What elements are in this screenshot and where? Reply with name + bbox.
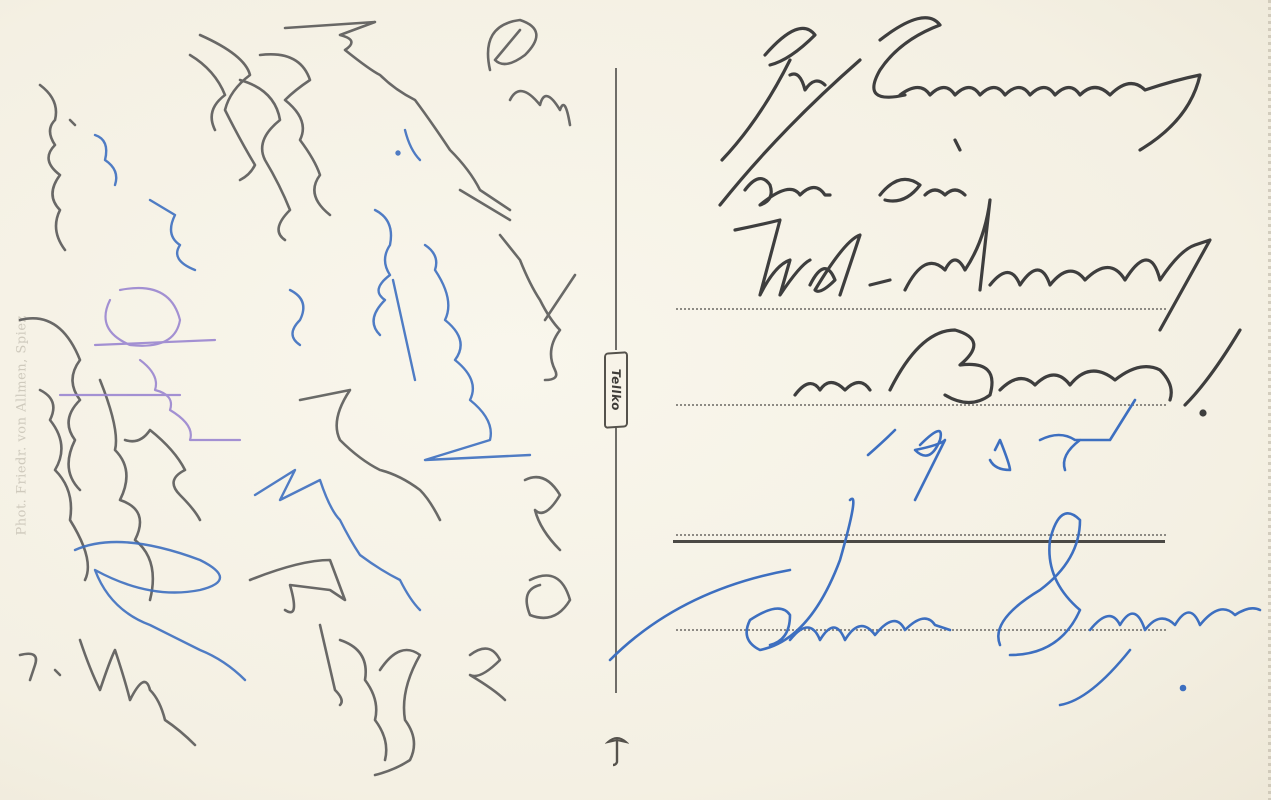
message-line-1: Zur Erinnerung xyxy=(0,0,1,1)
address-line-1 xyxy=(676,308,1166,310)
center-divider-top xyxy=(615,68,617,350)
address-line-3 xyxy=(676,534,1166,536)
anchor-icon xyxy=(605,732,629,768)
brand-badge: Tellko xyxy=(604,351,628,429)
address-rule xyxy=(673,540,1165,543)
center-divider-bottom xyxy=(615,428,617,693)
autograph-signatures xyxy=(0,0,1271,800)
brand-label: Tellko xyxy=(609,369,623,412)
handwritten-message xyxy=(0,0,1271,800)
photo-credit: Phot. Friedr. von Allmen, Spiez xyxy=(15,256,30,536)
postcard-back: Phot. Friedr. von Allmen, Spiez Tellko xyxy=(0,0,1271,800)
address-line-2 xyxy=(676,404,1166,406)
address-line-4 xyxy=(676,629,1166,631)
